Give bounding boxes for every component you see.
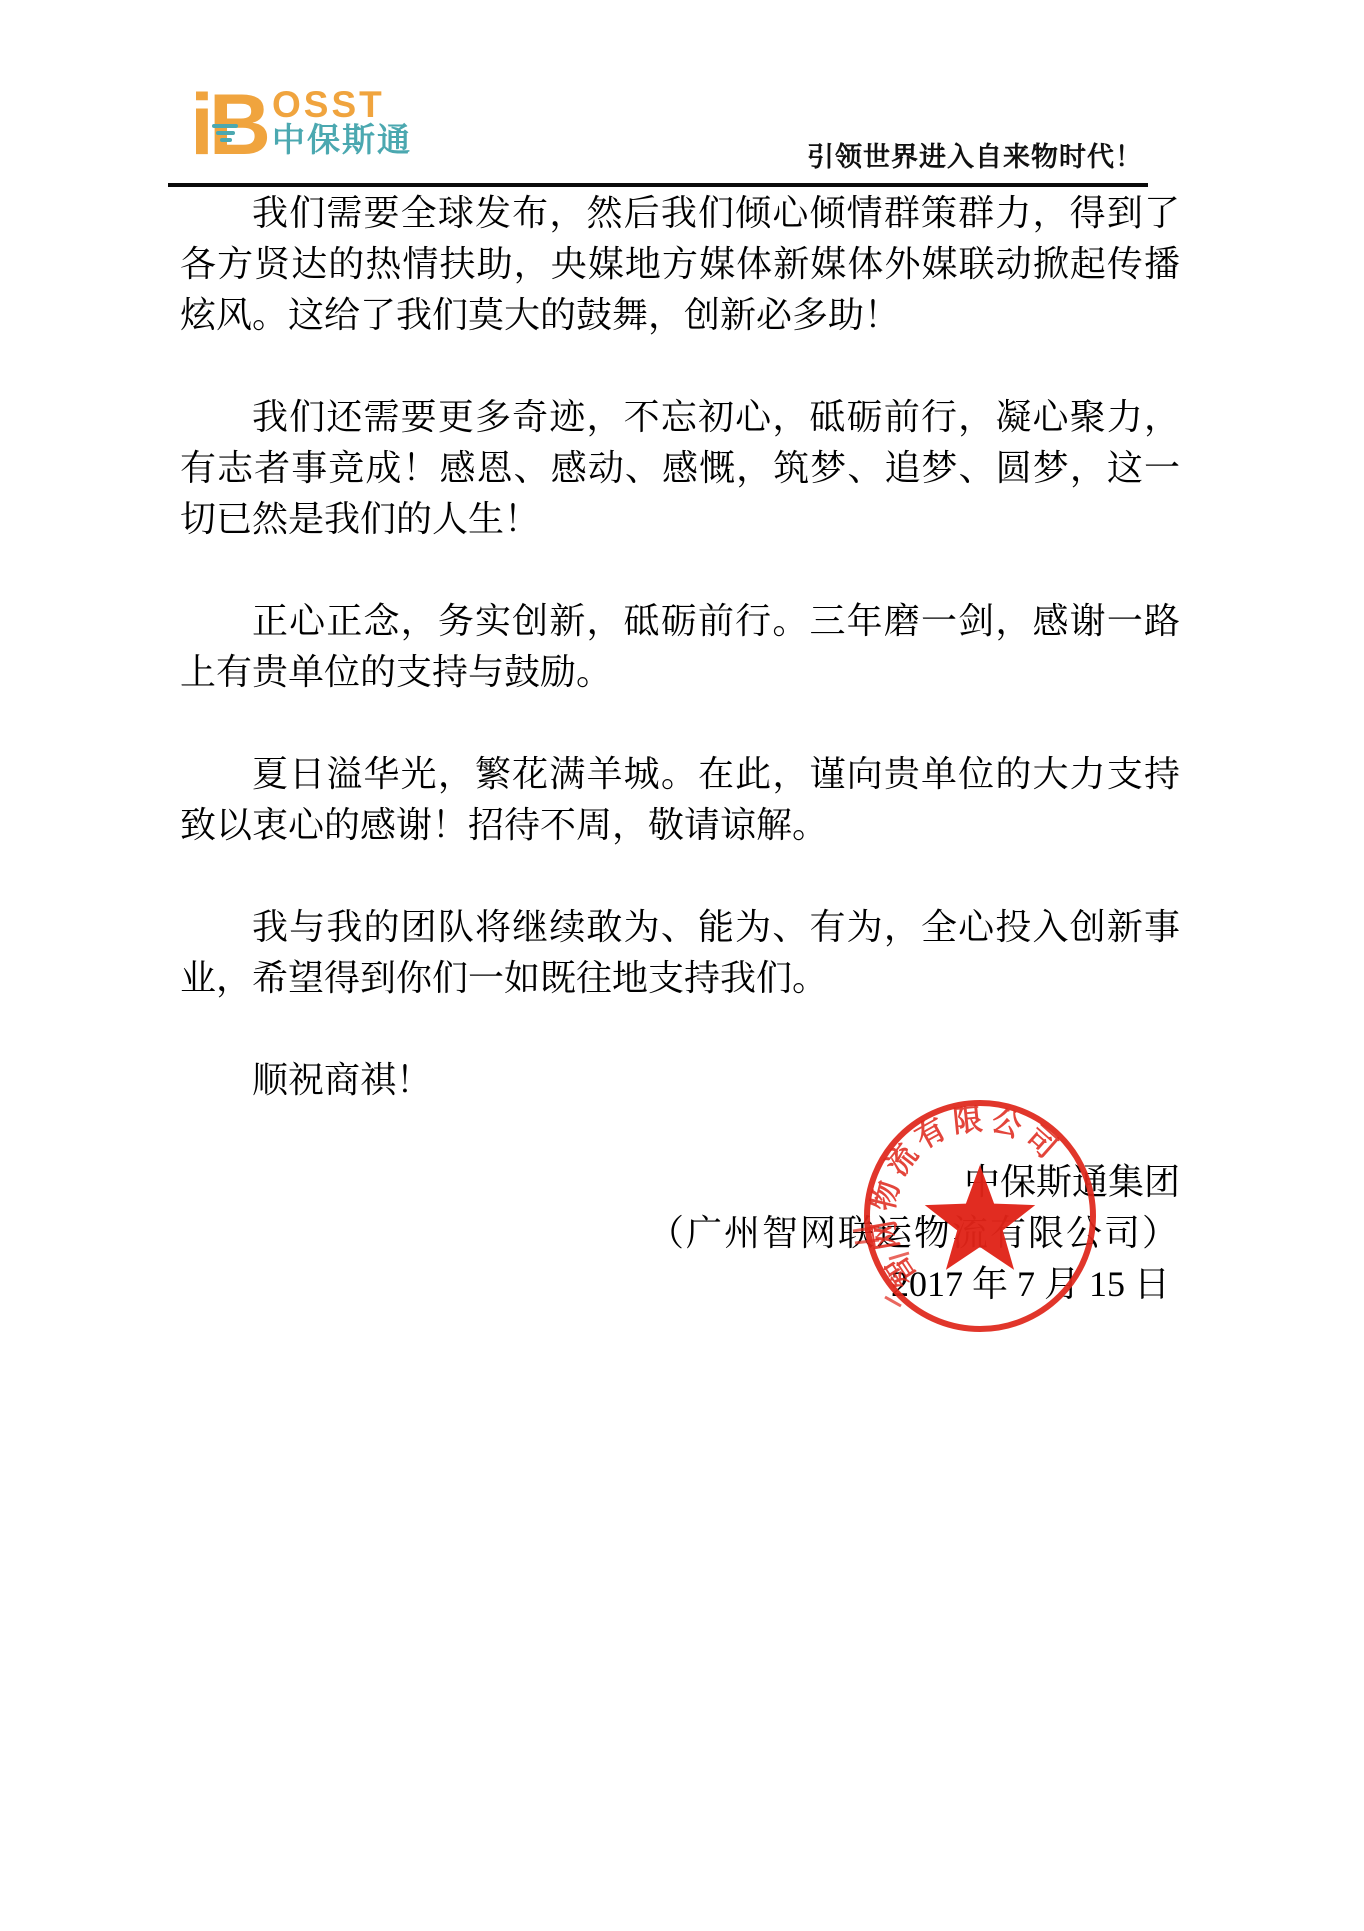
signature-company: 中保斯通集团: [180, 1157, 1180, 1208]
paragraph: 我们需要全球发布，然后我们倾心倾情群策群力，得到了各方贤达的热情扶助，央媒地方媒…: [180, 188, 1180, 341]
closing-phrase: 顺祝商祺！: [180, 1055, 1180, 1106]
logo-chinese-text: 中保斯通: [272, 123, 412, 157]
paragraph: 我与我的团队将继续敢为、能为、有为，全心投入创新事业，希望得到你们一如既往地支持…: [180, 902, 1180, 1004]
signature-subcompany: （广州智网联运物流有限公司）: [180, 1208, 1180, 1259]
letter-body: 我们需要全球发布，然后我们倾心倾情群策群力，得到了各方贤达的热情扶助，央媒地方媒…: [180, 188, 1180, 1310]
logo-latin-text: OSST: [272, 86, 412, 123]
header-slogan: 引领世界进入自来物时代！: [807, 141, 1143, 173]
logo-text-column: OSST 中保斯通: [272, 86, 412, 157]
paragraph: 我们还需要更多奇迹，不忘初心，砥砺前行，凝心聚力，有志者事竞成！感恩、感动、感慨…: [180, 392, 1180, 545]
paragraph: 正心正念，务实创新，砥砺前行。三年磨一剑，感谢一路上有贵单位的支持与鼓励。: [180, 596, 1180, 698]
signature-date: 2017 年 7 月 15 日: [180, 1259, 1170, 1310]
logo-speed-lines-icon: [212, 124, 238, 145]
signature-block: 中保斯通集团 （广州智网联运物流有限公司） 2017 年 7 月 15 日: [180, 1157, 1180, 1310]
letter-page: iB OSST 中保斯通 引领世界进入自来物时代！ 我们需要全球发布，然后我们倾…: [0, 0, 1364, 1931]
paragraph: 夏日溢华光，繁花满羊城。在此，谨向贵单位的大力支持致以衷心的感谢！招待不周，敬请…: [180, 749, 1180, 851]
header-divider: [168, 183, 1148, 187]
